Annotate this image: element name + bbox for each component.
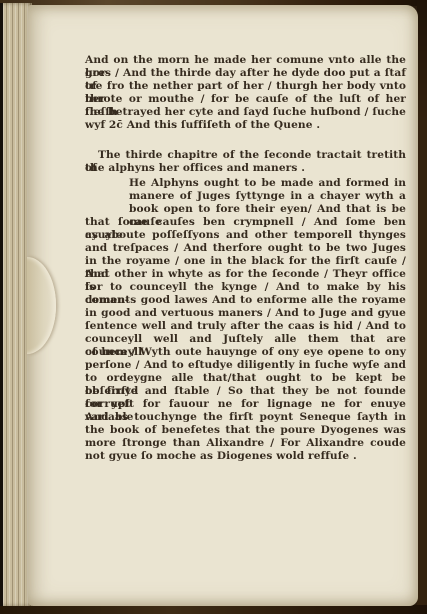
text-line: counceyll well and Juſtely alle them tha… bbox=[85, 333, 406, 346]
text-line: more ſtronge than Alixandre / For Alixan… bbox=[85, 437, 406, 450]
chapter-body: that ſome cauſes ben crympnell / And ſom… bbox=[85, 216, 406, 463]
text-line: not gyue ſo moche as Diogenes wold reffu… bbox=[85, 450, 406, 463]
opening-paragraph: And on the morn he made her comune vnto … bbox=[85, 54, 406, 132]
text-line: book open to fore their eyen/ And that i… bbox=[129, 203, 406, 216]
book-photo: And on the morn he made her comune vnto … bbox=[0, 0, 427, 614]
text-line: that other in whyte as for the ſeconde /… bbox=[85, 268, 406, 281]
text-line: be firſte and ſtable / So that they be n… bbox=[85, 385, 406, 398]
text-line: tre fro the nether part of her / thurgh … bbox=[85, 80, 406, 93]
text-line: the book of benefetes that the poure Dyo… bbox=[85, 424, 406, 437]
text-line: in good and vertuous maners / And to Jug… bbox=[85, 307, 406, 320]
text-line: ſhe betrayed her cyte and ſayd ſuche huſ… bbox=[85, 106, 406, 119]
text-line: throte or mouthe / for be cauſe of the l… bbox=[85, 93, 406, 106]
text-line: of hem / Wyth oute hauynge of ony eye op… bbox=[85, 346, 406, 359]
chapter-heading: The thirde chapitre of the ſeconde tract… bbox=[85, 149, 406, 175]
binding-edge-right bbox=[417, 0, 427, 614]
text-line: perſone / And to eſtudye diligently in ſ… bbox=[85, 359, 406, 372]
text-line: wyf 2c̄ And this ſuffiſeth of the Quene … bbox=[85, 119, 406, 132]
page-curl-shadow bbox=[27, 257, 56, 354]
text-line: gres / And the thirde day after he dyde … bbox=[85, 67, 406, 80]
binding-edge-bottom bbox=[0, 605, 427, 614]
text-line: The thirde chapitre of the ſeconde tract… bbox=[85, 149, 406, 162]
text-line: that ſome cauſes ben crympnell / And ſom… bbox=[85, 216, 406, 229]
book-page: And on the morn he made her comune vnto … bbox=[28, 5, 418, 606]
text-line: as aboute poſſeſſyons and other temporel… bbox=[85, 229, 406, 242]
text-line: And as touchynge the firſt poynt Seneque… bbox=[85, 411, 406, 424]
text-line: for yeft for fauour ne for lignage ne fo… bbox=[85, 398, 406, 411]
page-text-block: And on the morn he made her comune vnto … bbox=[85, 54, 406, 463]
text-line: the alphyns her offices and maners . bbox=[85, 162, 406, 175]
text-line: for to counceyll the kynge / And to make… bbox=[85, 281, 406, 294]
text-line: He Alphyns ought to be made and formed i… bbox=[129, 177, 406, 190]
text-line: ſentence well and truly after the caas i… bbox=[85, 320, 406, 333]
chapter-body-indented: He Alphyns ought to be made and formed i… bbox=[85, 177, 406, 216]
text-line: And on the morn he made her comune vnto … bbox=[85, 54, 406, 67]
text-line: to ordeygne alle that/that ought to be k… bbox=[85, 372, 406, 385]
text-line: and treſpaces / And therfore ought to be… bbox=[85, 242, 406, 255]
text-line: in the royame / one in the black for the… bbox=[85, 255, 406, 268]
text-line: dements good lawes And to enforme alle t… bbox=[85, 294, 406, 307]
text-line: manere of Juges ſyttynge in a chayer wyt… bbox=[129, 190, 406, 203]
